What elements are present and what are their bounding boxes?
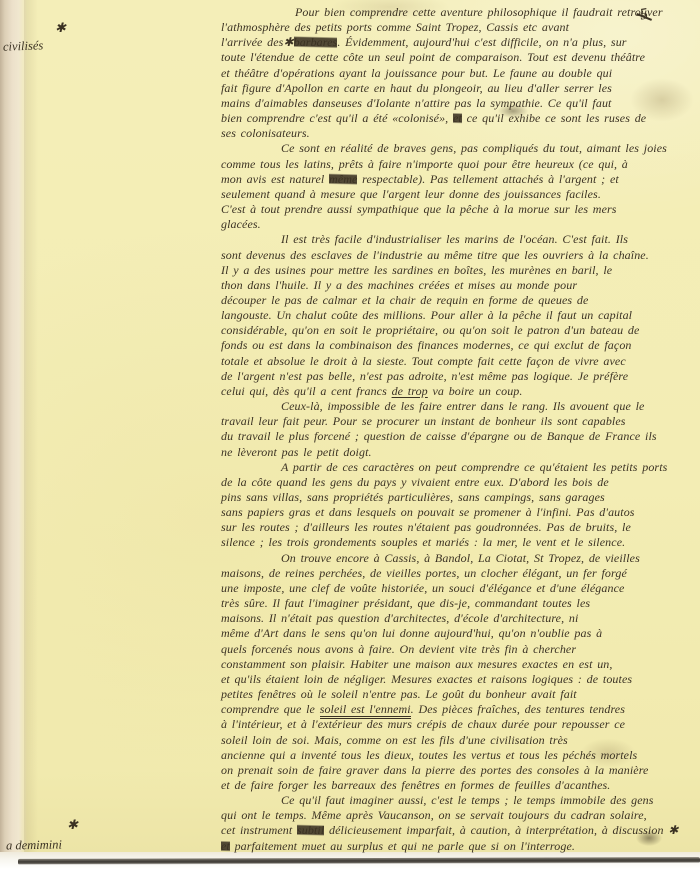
manuscript-line: Ceux-là, impossible de les faire entrer … xyxy=(221,399,697,414)
manuscript-paragraph: On trouve encore à Cassis, à Bandol, La … xyxy=(221,551,697,794)
manuscript-paragraph: Ceux-là, impossible de les faire entrer … xyxy=(221,399,697,460)
margin-note-top: civilisés xyxy=(3,38,44,54)
manuscript-line: Ce qu'il faut imaginer aussi, c'est le t… xyxy=(221,793,697,808)
crossed-out-word: même xyxy=(329,172,357,186)
manuscript-line: très sûre. Il faut l'imaginer présidant,… xyxy=(221,596,697,611)
manuscript-paragraph: Ce sont en réalité de braves gens, pas c… xyxy=(221,141,697,232)
manuscript-line: une imposte, une clef de voûte historiée… xyxy=(221,581,697,596)
manuscript-line: A partir de ces caractères on peut compr… xyxy=(221,460,697,475)
manuscript-line: du travail le plus forcené ; question de… xyxy=(221,429,697,444)
insertion-asterisk-icon: ✱ xyxy=(55,20,66,36)
manuscript-line: petites fenêtres où le soleil n'entre pa… xyxy=(221,687,697,702)
manuscript-line: ancienne qui a inventé tous les dieux, t… xyxy=(221,748,697,763)
manuscript-line: découper le pas de calmar et la chair de… xyxy=(221,293,697,308)
manuscript-line: Il est très facile d'industrialiser les … xyxy=(221,232,697,247)
manuscript-line: sur les routes ; d'ailleurs les routes n… xyxy=(221,520,697,535)
manuscript-line: maisons. Il n'était pas question d'archi… xyxy=(221,611,697,626)
manuscript-line: glacées. xyxy=(221,217,697,232)
manuscript-line: toute l'étendue de cette côte un seul po… xyxy=(221,50,697,65)
manuscript-line: celui qui, dès qu'il a cent francs de tr… xyxy=(221,384,697,399)
manuscript-line: Il y a des usines pour mettre les sardin… xyxy=(221,263,697,278)
manuscript-line: langouste. Un chalut coûte des millions.… xyxy=(221,308,697,323)
manuscript-line: de la côte quand les gens du pays y viva… xyxy=(221,475,697,490)
manuscript-line: on prenait soin de faire graver dans la … xyxy=(221,763,697,778)
manuscript-line: l'arrivée des✱barbares. Évidemment, aujo… xyxy=(221,35,697,50)
manuscript-paragraph: Pour bien comprendre cette aventure phil… xyxy=(221,5,697,141)
manuscript-line: On trouve encore à Cassis, à Bandol, La … xyxy=(221,551,697,566)
paper-left-edge xyxy=(0,0,27,857)
manuscript-line: comprendre que le soleil est l'ennemi. D… xyxy=(221,702,697,717)
insertion-asterisk-icon: ✱ xyxy=(67,817,78,833)
manuscript-line: mains d'aimables danseuses d'Iolante n'a… xyxy=(221,96,697,111)
manuscript-line: constamment son plaisir. Habiter une mai… xyxy=(221,657,697,672)
manuscript-line: qui ont le temps. Même après Vaucanson, … xyxy=(221,808,697,823)
manuscript-line: pins sans villas, sans propriétés partic… xyxy=(221,490,697,505)
manuscript-line: cet instrument subtil délicieusement imp… xyxy=(221,823,697,838)
manuscript-line: et qu'ils étaient loin de négliger. Mesu… xyxy=(221,672,697,687)
manuscript-line: Ce sont en réalité de braves gens, pas c… xyxy=(221,141,697,156)
manuscript-line: à l'intérieur, et à l'extérieur des murs… xyxy=(221,717,697,732)
manuscript-paragraph: A partir de ces caractères on peut compr… xyxy=(221,460,697,551)
manuscript-line: totale et absolue le droit à la sieste. … xyxy=(221,354,697,369)
manuscript-line: fait figure d'Apollon en carte en haut d… xyxy=(221,81,697,96)
crossed-out-word: et xyxy=(453,111,462,125)
manuscript-line: mon avis est naturel même respectable). … xyxy=(221,172,697,187)
manuscript-line: Pour bien comprendre cette aventure phil… xyxy=(221,5,697,20)
manuscript-line: thon dans l'huile. Il y a des machines c… xyxy=(221,278,697,293)
manuscript-line: et théâtre d'opérations ayant la jouissa… xyxy=(221,66,697,81)
manuscript-line: l'athmosphère des petits ports comme Sai… xyxy=(221,20,697,35)
manuscript-line: maisons, de reines perchées, de vieilles… xyxy=(221,566,697,581)
manuscript-line: et de faire forger les barreaux des fenê… xyxy=(221,778,697,793)
manuscript-line: sans papiers gras et dans lesquels on po… xyxy=(221,505,697,520)
manuscript-line: travail leur fait peur. Pour se procurer… xyxy=(221,414,697,429)
underlined-phrase: de trop xyxy=(392,384,428,398)
manuscript-paragraph: Ce qu'il faut imaginer aussi, c'est le t… xyxy=(221,793,697,854)
crossed-out-word: subtil xyxy=(297,823,324,837)
manuscript-paragraph: Il est très facile d'industrialiser les … xyxy=(221,232,697,399)
manuscript-line: soleil loin de soi. Mais, comme on est l… xyxy=(221,733,697,748)
paper-edge-shadow xyxy=(24,0,38,857)
crossed-out-word: barbares xyxy=(294,35,338,49)
manuscript-page: 5 ✱ civilisés ✱ a demimini Pour bien com… xyxy=(0,0,700,869)
manuscript-line: ses colonisateurs. xyxy=(221,126,697,141)
manuscript-line: bien comprendre c'est qu'il a été «colon… xyxy=(221,111,697,126)
manuscript-line: considérable, qu'on en soit le propriéta… xyxy=(221,323,697,338)
manuscript-text: Pour bien comprendre cette aventure phil… xyxy=(221,5,697,854)
manuscript-line: seulement quand à mesure que l'argent le… xyxy=(221,187,697,202)
manuscript-line: silence ; les trois grondements souples … xyxy=(221,535,697,550)
manuscript-line: sont devenus des esclaves de l'industrie… xyxy=(221,248,697,263)
manuscript-line: quels forcenés nous avons à faire. On de… xyxy=(221,642,697,657)
manuscript-line: comme tous les latins, prêts à faire n'i… xyxy=(221,157,697,172)
manuscript-line: et parfaitement muet au surplus et qui n… xyxy=(221,839,697,854)
margin-note-bottom: a demimini xyxy=(6,838,62,854)
crossed-out-word: et xyxy=(221,839,230,853)
manuscript-line: de l'argent n'est pas belle, n'est pas a… xyxy=(221,369,697,384)
manuscript-line: même d'Art dans le sens qu'on lui donne … xyxy=(221,626,697,641)
manuscript-line: C'est à tout prendre aussi sympathique q… xyxy=(221,202,697,217)
manuscript-line: fonds ou est dans la combinaison des fin… xyxy=(221,338,697,353)
manuscript-line: ne lèveront pas le petit doigt. xyxy=(221,445,697,460)
